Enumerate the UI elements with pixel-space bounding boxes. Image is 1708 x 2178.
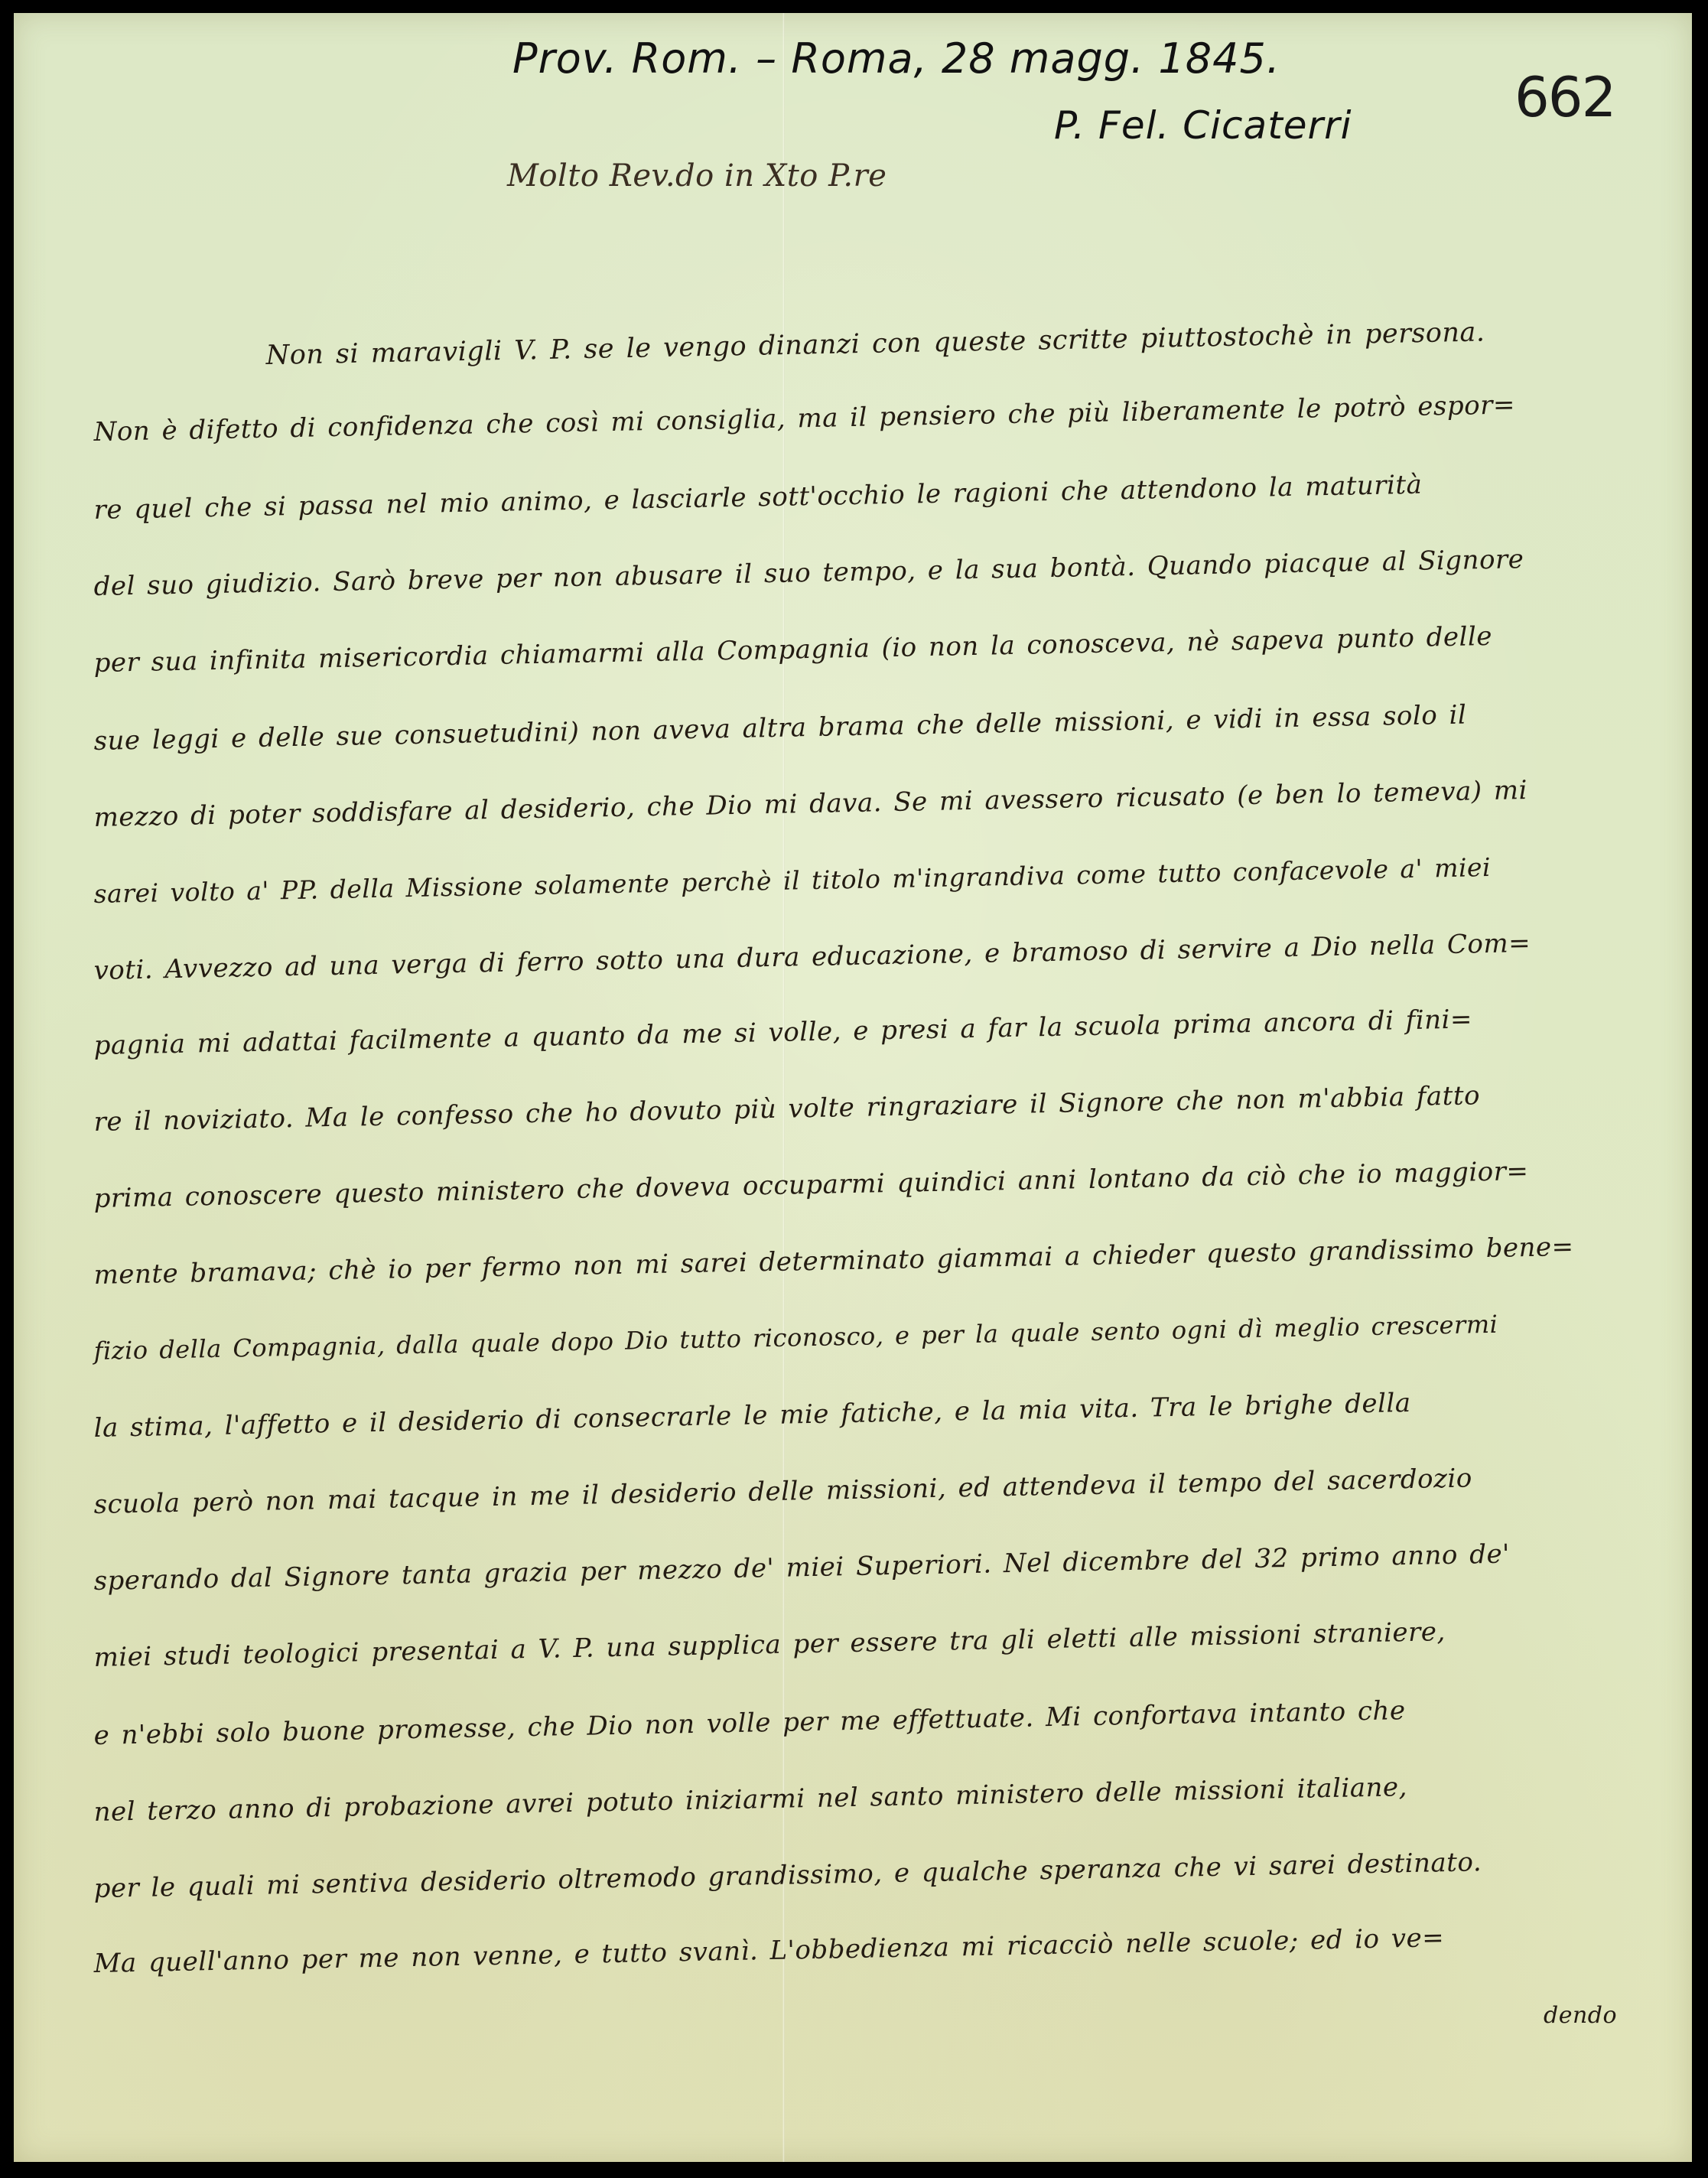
body-line: Non si maravigli V. P. se le vengo dinan… bbox=[265, 317, 1485, 371]
body-line: mezzo di poter soddisfare al desiderio, … bbox=[93, 775, 1527, 833]
body-line: sue leggi e delle sue consuetudini) non … bbox=[93, 700, 1466, 757]
body-line: nel terzo anno di probazione avrei potut… bbox=[93, 1772, 1407, 1828]
catchword: dendo bbox=[1544, 2002, 1617, 2029]
body-line: voti. Avvezzo ad una verga di ferro sott… bbox=[93, 928, 1531, 986]
body-line: re il noviziato. Ma le confesso che ho d… bbox=[93, 1080, 1480, 1138]
body-line: per le quali mi sentiva desiderio oltrem… bbox=[93, 1847, 1482, 1904]
salutation: Molto Rev.do in Xto P.re bbox=[507, 158, 887, 194]
archive-number: 662 bbox=[1514, 65, 1615, 129]
body-line: del suo giudizio. Sarò breve per non abu… bbox=[93, 544, 1524, 602]
body-line: re quel che si passa nel mio animo, e la… bbox=[93, 470, 1423, 526]
body-line: fizio della Compagnia, dalla quale dopo … bbox=[93, 1310, 1498, 1366]
body-line: mente bramava; chè io per fermo non mi s… bbox=[93, 1232, 1574, 1291]
body-line: prima conoscere questo ministero che dov… bbox=[93, 1156, 1529, 1214]
body-line: e n'ebbi solo buone promesse, che Dio no… bbox=[93, 1695, 1406, 1751]
header-place-date: Prov. Rom. – Roma, 28 magg. 1845. bbox=[512, 34, 1280, 83]
body-line: miei studi teologici presentai a V. P. u… bbox=[93, 1616, 1446, 1673]
body-line: sarei volto a' PP. della Missione solame… bbox=[93, 852, 1491, 909]
body-line: Ma quell'anno per me non venne, e tutto … bbox=[93, 1922, 1444, 1979]
header-author: P. Fel. Cicaterri bbox=[1054, 103, 1352, 148]
body-line: sperando dal Signore tanta grazia per me… bbox=[93, 1538, 1510, 1597]
body-line: per sua infinita misericordia chiamarmi … bbox=[93, 621, 1492, 679]
body-line: Non è difetto di confidenza che così mi … bbox=[93, 389, 1515, 448]
body-line: la stima, l'affetto e il desiderio di co… bbox=[93, 1388, 1411, 1444]
letter-page: Prov. Rom. – Roma, 28 magg. 1845. P. Fel… bbox=[14, 13, 1692, 2162]
